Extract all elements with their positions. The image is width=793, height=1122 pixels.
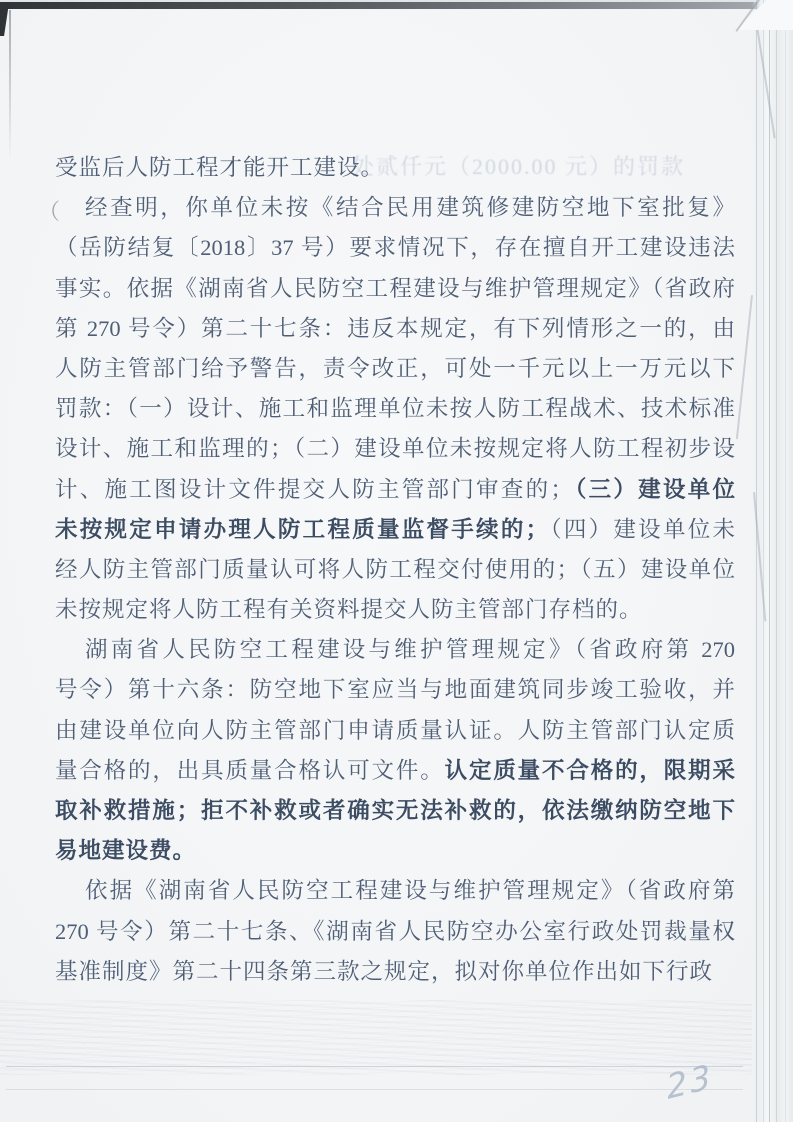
text-line: 依据《湖南省人民防空工程建设与维护管理规定》（省政府第 [55,871,735,911]
text-line: 事实。依据《湖南省人民防空工程建设与维护管理规定》（省政府 [55,269,735,309]
text-segment: 经查明，你单位未按《结合民用建筑修建防空地下室批复》 [85,195,735,220]
scanner-top-edge [0,2,793,9]
text-segment: （岳防结复〔2018〕37 号）要求情况下，存在擅自开工建设违法 [55,235,735,260]
text-segment: 计、施工图设计文件提交人防主管部门审查的； [55,477,573,502]
paper-crease-middle [736,295,753,439]
text-line: 未按规定申请办理人防工程质量监督手续的；（四）建设单位未 [55,510,735,550]
bold-text-segment: （三）建设单位 [573,477,735,502]
text-line: 量合格的，出具质量合格认可文件。认定质量不合格的，限期采 [55,751,735,791]
text-line: 人防主管部门给予警告，责令改正，可处一千元以上一万元以下 [55,349,735,389]
text-segment: 由建设单位向人防主管部门申请质量认证。人防主管部门认定质 [55,718,735,743]
text-block: 受监后人防工程才能开工建设。经查明，你单位未按《结合民用建筑修建防空地下室批复》… [55,148,735,992]
bold-text-segment: 未按规定申请办理人防工程质量监督手续的； [55,517,548,542]
text-segment: 受监后人防工程才能开工建设。 [55,155,384,180]
left-paper-edge-line [9,10,11,160]
text-line: 易地建设费。 [55,831,735,871]
bleed-through-rule-line-2 [6,1089,743,1090]
bleed-through-rule-line [6,1066,743,1067]
text-segment: 第 270 号令）第二十七条：违反本规定，有下列情形之一的，由 [55,316,735,341]
text-line: 经查明，你单位未按《结合民用建筑修建防空地下室批复》 [55,188,735,228]
text-segment: 270 号令）第二十七条、《湖南省人民防空办公室行政处罚裁量权 [55,919,735,944]
text-segment: 号令）第十六条：防空地下室应当与地面建筑同步竣工验收，并 [55,677,735,702]
text-segment: 经人防主管部门质量认可将人防工程交付使用的；（五）建设单位 [55,557,735,582]
text-segment: 量合格的，出具质量合格认可文件。 [55,758,445,783]
text-line: 经人防主管部门质量认可将人防工程交付使用的；（五）建设单位 [55,550,735,590]
scanned-page: 处贰仟元（2000.00 元）的罚款 （ 受监后人防工程才能开工建设。经查明，你… [0,0,793,1122]
text-segment: 设计、施工和监理的；（二）建设单位未按规定将人防工程初步设 [55,436,735,461]
bottom-scan-noise [0,1000,752,1075]
text-line: 由建设单位向人防主管部门申请质量认证。人防主管部门认定质 [55,711,735,751]
text-line: 设计、施工和监理的；（二）建设单位未按规定将人防工程初步设 [55,429,735,469]
text-line: 计、施工图设计文件提交人防主管部门审查的；（三）建设单位 [55,470,735,510]
text-segment: 湖南省人民防空工程建设与维护管理规定》（省政府第 270 [85,637,735,662]
text-line: 罚款：（一）设计、施工和监理单位未按人防工程战术、技术标准 [55,389,735,429]
text-segment: 人防主管部门给予警告，责令改正，可处一千元以上一万元以下 [55,356,735,381]
text-line: 第 270 号令）第二十七条：违反本规定，有下列情形之一的，由 [55,309,735,349]
text-line: 受监后人防工程才能开工建设。 [55,148,735,188]
text-segment: （四）建设单位未 [548,517,735,542]
top-left-corner-mark [0,3,9,36]
text-line: 基准制度》第二十四条第三款之规定，拟对你单位作出如下行政 [55,952,735,992]
text-segment: 依据《湖南省人民防空工程建设与维护管理规定》（省政府第 [85,878,735,903]
text-segment: 罚款：（一）设计、施工和监理单位未按人防工程战术、技术标准 [55,396,735,421]
text-line: 270 号令）第二十七条、《湖南省人民防空办公室行政处罚裁量权 [55,912,735,952]
bold-text-segment: 取补救措施；拒不补救或者确实无法补救的，依法缴纳防空地下 [55,798,735,823]
text-line: 湖南省人民防空工程建设与维护管理规定》（省政府第 270 [55,630,735,670]
text-segment: 事实。依据《湖南省人民防空工程建设与维护管理规定》（省政府 [55,276,735,301]
text-line: （岳防结复〔2018〕37 号）要求情况下，存在擅自开工建设违法 [55,228,735,268]
text-segment: 基准制度》第二十四条第三款之规定，拟对你单位作出如下行政 [55,959,713,984]
text-segment: 未按规定将人防工程有关资料提交人防主管部门存档的。 [55,597,643,622]
text-line: 号令）第十六条：防空地下室应当与地面建筑同步竣工验收，并 [55,670,735,710]
bold-text-segment: 易地建设费。 [55,838,196,863]
bold-text-segment: 认定质量不合格的，限期采 [445,758,735,783]
text-line: 未按规定将人防工程有关资料提交人防主管部门存档的。 [55,590,735,630]
text-line: 取补救措施；拒不补救或者确实无法补救的，依法缴纳防空地下 [55,791,735,831]
